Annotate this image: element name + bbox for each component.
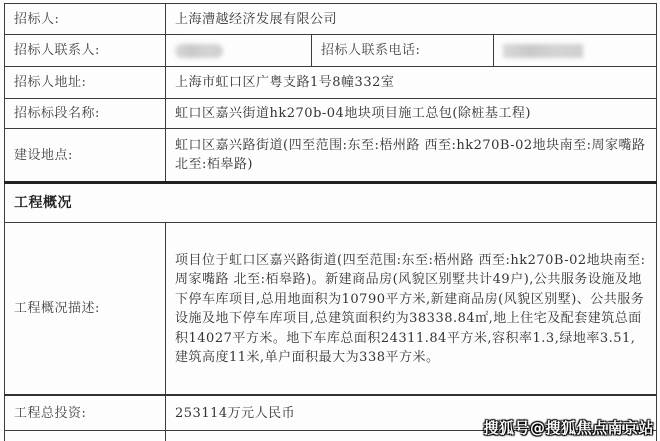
redacted-contact-phone — [503, 44, 583, 58]
tenderer-value: 上海漕越经济发展有限公司 — [166, 4, 657, 35]
table-row-overview: 工程概况描述: 项目位于虹口区嘉兴路街道(四至范围:东至:梧州路 西至:hk27… — [5, 223, 657, 396]
contact-person-label: 招标人联系人: — [5, 35, 166, 67]
section-name-label: 招标标段名称: — [5, 99, 166, 129]
contact-phone-value — [494, 35, 657, 67]
table-row-address: 招标人地址: 上海市虹口区广粤支路1号8幢332室 — [5, 67, 657, 99]
location-value: 虹口区嘉兴路街道(四至范围:东至:梧州路 西至:hk270B-02地块南至:周家… — [166, 129, 657, 183]
location-label: 建设地点: — [5, 129, 166, 183]
document-sheet: 招标人: 上海漕越经济发展有限公司 招标人联系人: 招标人联系电话: 招标人地址… — [0, 0, 660, 441]
cutoff-cell — [5, 431, 166, 441]
overview-label: 工程概况描述: — [5, 223, 166, 396]
table-row-section-header: 工程概况 — [5, 183, 657, 223]
address-label: 招标人地址: — [5, 67, 166, 99]
section-name-value: 虹口区嘉兴街道hk270b-04地块项目施工总包(除桩基工程) — [166, 99, 657, 129]
address-value: 上海市虹口区广粤支路1号8幢332室 — [166, 67, 657, 99]
tenderer-label: 招标人: — [5, 4, 166, 35]
table-row-tenderer: 招标人: 上海漕越经济发展有限公司 — [5, 4, 657, 35]
overview-value: 项目位于虹口区嘉兴路街道(四至范围:东至:梧州路 西至:hk270B-02地块南… — [166, 223, 657, 396]
investment-label: 工程总投资: — [5, 395, 166, 431]
contact-phone-label: 招标人联系电话: — [312, 35, 494, 67]
table-row-section-name: 招标标段名称: 虹口区嘉兴街道hk270b-04地块项目施工总包(除桩基工程) — [5, 99, 657, 129]
table-row-location: 建设地点: 虹口区嘉兴路街道(四至范围:东至:梧州路 西至:hk270B-02地… — [5, 129, 657, 183]
section-title: 工程概况 — [5, 183, 657, 223]
redacted-contact-name — [175, 44, 223, 58]
tender-info-table: 招标人: 上海漕越经济发展有限公司 招标人联系人: 招标人联系电话: 招标人地址… — [4, 3, 657, 441]
table-row-contact: 招标人联系人: 招标人联系电话: — [5, 35, 657, 67]
watermark: 搜狐号@搜狐焦点南京站 — [483, 417, 654, 438]
contact-person-value — [166, 35, 312, 67]
